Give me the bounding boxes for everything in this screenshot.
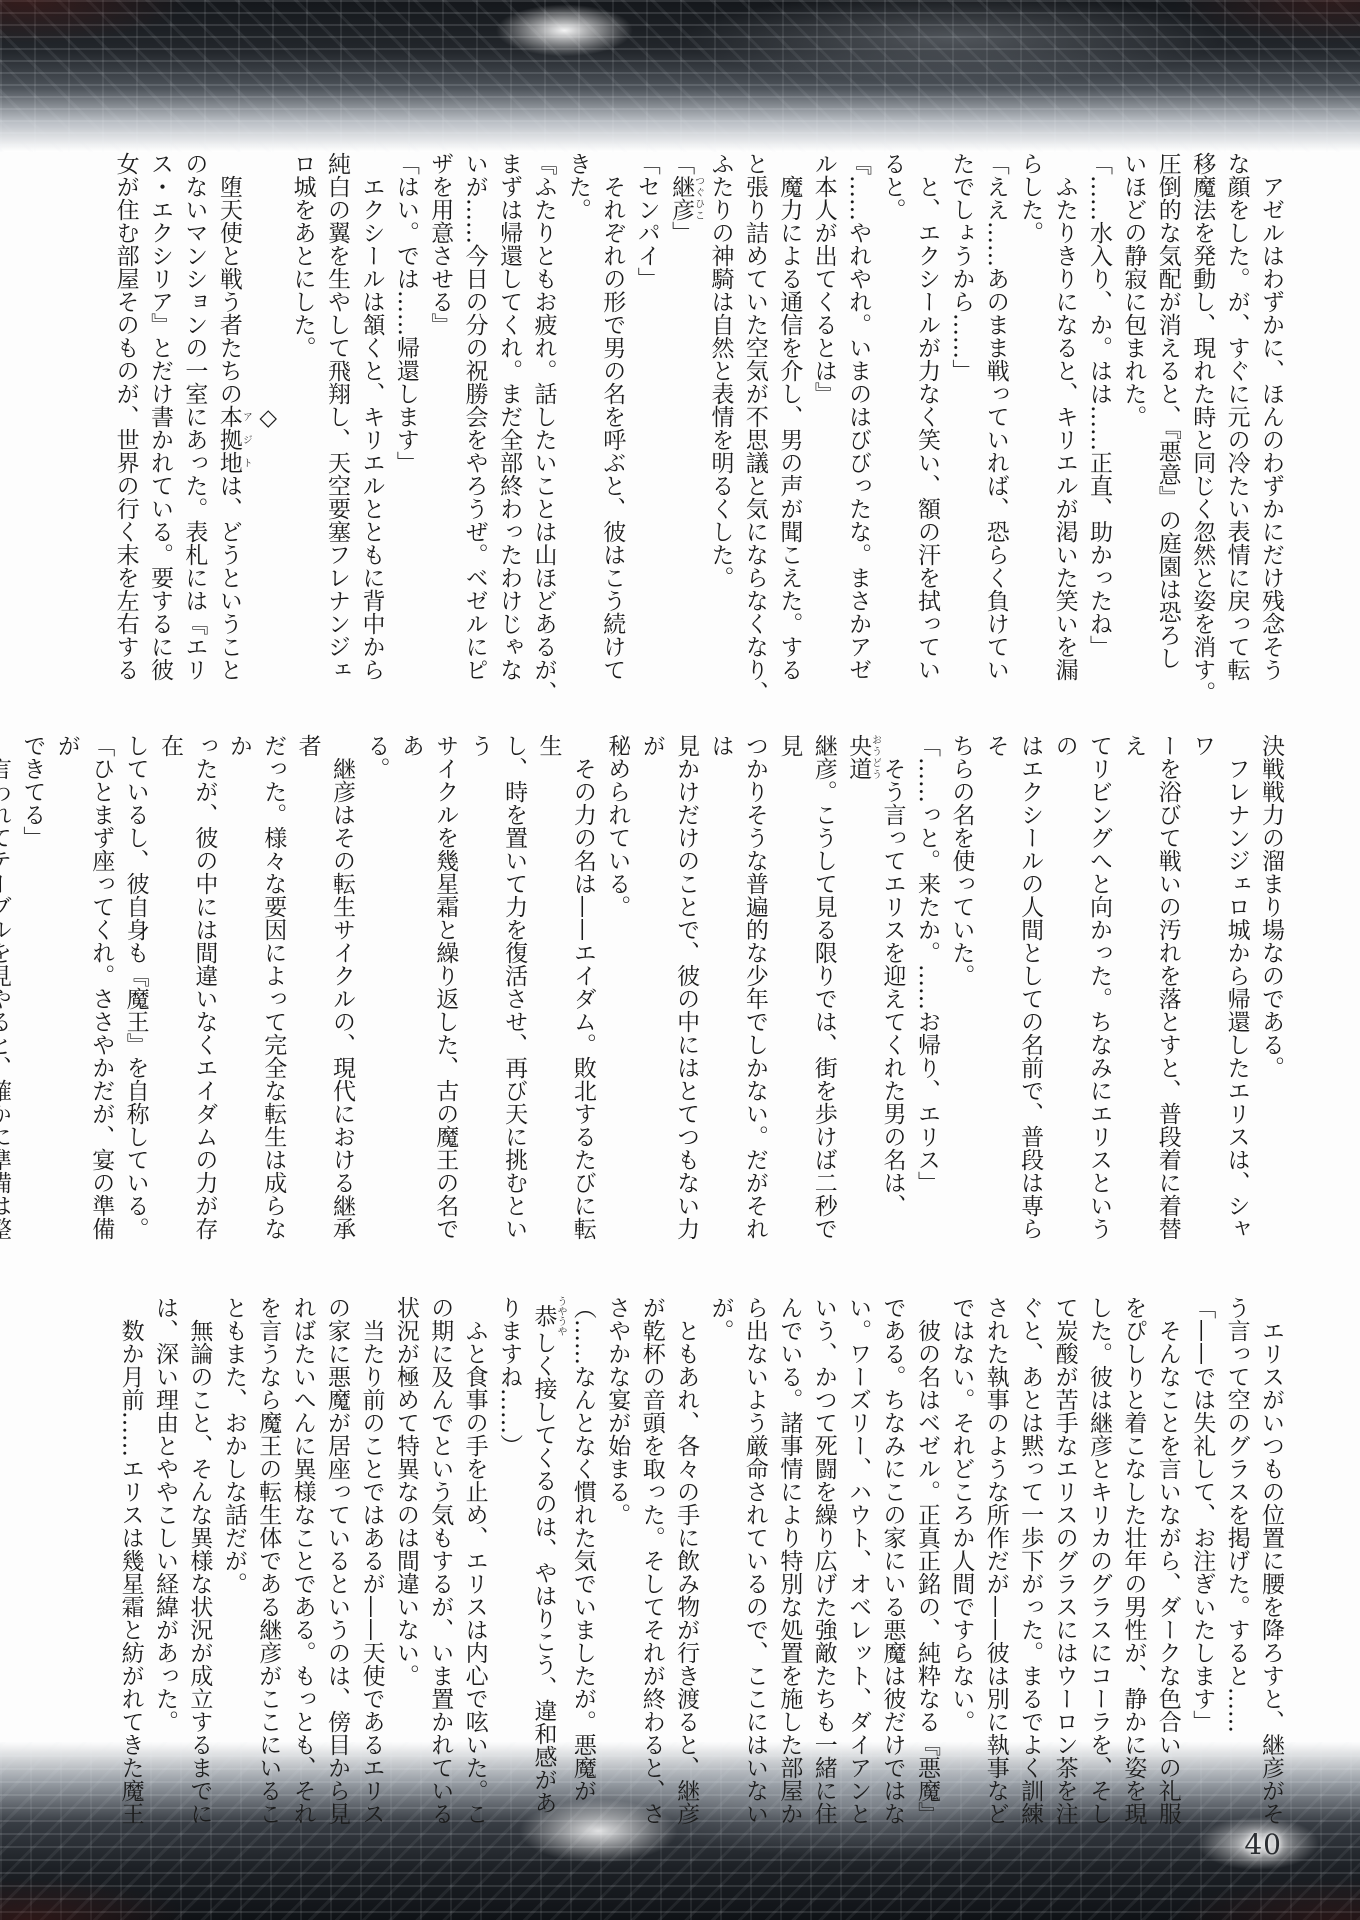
text-column: 「……水入り、か。はは……正直、助かったね」: [1082, 152, 1116, 708]
text-column: 「継彦つぐひこ」: [664, 152, 703, 708]
text-column: 「——では失礼して、お注ぎいたします」: [1185, 1296, 1219, 1826]
text-column: ったが、彼の中には間違いなくエイダムの力が存在: [153, 734, 222, 1258]
text-column: まずは帰還してくれ。まだ全部終わったわけじゃな: [492, 152, 526, 708]
text-column: 「……っと。来たか。……お帰り、エリス」: [910, 734, 944, 1258]
text-column: 「はい。では……帰還します」: [388, 152, 422, 708]
text-column: のないマンションの一室にあった。表札には『エリ: [177, 152, 211, 708]
text-column: 「ええ……あのまま戦っていれば、恐らく負けてい: [978, 152, 1012, 708]
text-column: さやかな宴が始まる。: [600, 1296, 634, 1826]
text-column: いが……今日の分の祝勝会をやろうぜ。ベゼルにピ: [457, 152, 491, 708]
text-column: 当たり前のことではあるが——天使であるエリス: [354, 1296, 388, 1826]
text-column: きた。: [560, 152, 594, 708]
text-column: ら出ないよう厳命されているので、ここにはいない: [738, 1296, 772, 1826]
text-column: 『……やれやれ。いまのはびびったな。まさかアゼ: [841, 152, 875, 708]
text-column: てリビングへと向かった。ちなみにエリスというの: [1047, 734, 1116, 1258]
text-column: だった。様々な要因によって完全な転生は成らなか: [221, 734, 290, 1258]
text-column: しているし、彼自身も『魔王』を自称している。: [118, 734, 152, 1258]
text-column: そう言ってエリスを迎えてくれた男の名は、央道おうどう: [841, 734, 910, 1258]
text-band-1: アゼルはわずかに、ほんのわずかにだけ残念そうな顔をした。が、すぐに元の冷たい表情…: [114, 152, 1288, 708]
text-column: 彼の名はベゼル。正真正銘の、純粋なる『悪魔』: [910, 1296, 944, 1826]
text-column: エリスがいつもの位置に腰を降ろすと、継彦がそ: [1254, 1296, 1288, 1826]
text-column: ともまた、おかしな話だが。: [216, 1296, 250, 1826]
text-column: う言って空のグラスを掲げた。すると……: [1219, 1296, 1253, 1826]
text-column: の期に及んでという気もするが、いま置かれている: [423, 1296, 457, 1826]
text-column: が。: [703, 1296, 737, 1826]
text-column: 堕天使と戦う者たちの本拠地アジトは、どうということ: [211, 152, 250, 708]
text-column: と、エクシールが力なく笑い、額の汗を拭ってい: [910, 152, 944, 708]
text-band-3: エリスがいつもの位置に腰を降ろすと、継彦がそう言って空のグラスを掲げた。すると……: [114, 1296, 1288, 1826]
text-column: たでしょうから……」: [944, 152, 978, 708]
text-column: フレナンジェロ城から帰還したエリスは、シャワ: [1185, 734, 1254, 1258]
text-column: を言うなら魔王の転生体である継彦がここにいるこ: [251, 1296, 285, 1826]
page-number: 40: [1244, 1828, 1282, 1861]
text-column: 秘められている。: [600, 734, 634, 1258]
text-column: した。彼は継彦とキリカのグラスにコーラを、そし: [1082, 1296, 1116, 1826]
text-column: 女が住む部屋そのものが、世界の行く末を左右する: [108, 152, 142, 708]
text-column: いほどの静寂に包まれた。: [1116, 152, 1150, 708]
text-column: な顔をした。が、すぐに元の冷たい表情に戻って転: [1219, 152, 1253, 708]
text-column: ふと食事の手を止め、エリスは内心で呟いた。こ: [457, 1296, 491, 1826]
text-column: 「ひとまず座ってくれ。ささやかだが、宴の準備が: [49, 734, 118, 1258]
text-column: し、時を置いて力を復活させ、再び天に挑むという: [462, 734, 531, 1258]
text-column: つかりそうな普遍的な少年でしかない。だがそれは: [703, 734, 772, 1258]
text-column: ちらの名を使っていた。: [944, 734, 978, 1258]
text-column: をぴしりと着こなした壮年の男性が、静かに姿を現: [1116, 1296, 1150, 1826]
text-column: ると。: [875, 152, 909, 708]
text-column: サイクルを幾星霜と繰り返した、古の魔王の名であ: [393, 734, 462, 1258]
text-column: ふたりの神騎は自然と表情を明るくした。: [703, 152, 737, 708]
text-column: 圧倒的な気配が消えると、『悪意』の庭園は恐ろし: [1150, 152, 1184, 708]
text-column: は、深い理由とややこしい経緯があった。: [148, 1296, 182, 1826]
text-column: て炭酸が苦手なエリスのグラスにはウーロン茶を注: [1047, 1296, 1081, 1826]
text-column: 無論のこと、そんな異様な状況が成立するまでに: [182, 1296, 216, 1826]
text-column: いう、かつて死闘を繰り広げた強敵たちも一緒に住: [806, 1296, 840, 1826]
text-column: りますね……）: [492, 1296, 526, 1826]
text-column: ればたいへんに異様なことである。もっとも、それ: [285, 1296, 319, 1826]
text-column: る。: [359, 734, 393, 1258]
text-column: 決戦戦力の溜まり場なのである。: [1254, 734, 1288, 1258]
text-column: その力の名は——エイダム。敗北するたびに転生: [531, 734, 600, 1258]
text-column: ともあれ、各々の手に飲み物が行き渡ると、継彦: [669, 1296, 703, 1826]
text-column: らした。: [1013, 152, 1047, 708]
text-column: 状況が極めて特異なのは間違いない。: [388, 1296, 422, 1826]
text-column: ーを浴びて戦いの汚れを落とすと、普段着に着替え: [1116, 734, 1185, 1258]
text-column: エクシールは頷くと、キリエルとともに背中から: [354, 152, 388, 708]
text-column: された執事のような所作だが——彼は別に執事など: [978, 1296, 1012, 1826]
text-column: それぞれの形で男の名を呼ぶと、彼はこう続けて: [595, 152, 629, 708]
text-column: ザを用意させる』: [423, 152, 457, 708]
text-column: 恭うやうやしく接してくるのは、やはりこう、違和感があ: [526, 1296, 565, 1826]
top-border-circuit-graphic: [0, 0, 1360, 152]
text-column: ル本人が出てくるとは』: [806, 152, 840, 708]
text-column: 純白の翼を生やして飛翔し、天空要塞フレナンジェ: [320, 152, 354, 708]
text-column: ではない。それどころか人間ですらない。: [944, 1296, 978, 1826]
text-column: （……なんとなく慣れた気でいましたが。悪魔が: [565, 1296, 599, 1826]
text-column: ロ城をあとにした。: [285, 152, 319, 708]
text-band-2: 決戦戦力の溜まり場なのである。 フレナンジェロ城から帰還したエリスは、シャワーを…: [114, 734, 1288, 1258]
text-column: である。ちなみにこの家にいる悪魔は彼だけではな: [875, 1296, 909, 1826]
text-column: ス・エクシリア』とだけ書かれている。要するに彼: [143, 152, 177, 708]
text-column: アゼルはわずかに、ほんのわずかにだけ残念そう: [1254, 152, 1288, 708]
text-column: 「センパイ」: [629, 152, 663, 708]
text-column: 見かけだけのことで、彼の中にはとてつもない力が: [634, 734, 703, 1258]
novel-page: アゼルはわずかに、ほんのわずかにだけ残念そうな顔をした。が、すぐに元の冷たい表情…: [0, 0, 1360, 1920]
text-column: んでいる。諸事情により特別な処置を施した部屋か: [772, 1296, 806, 1826]
text-column: できてる」: [15, 734, 49, 1258]
text-column: ふたりきりになると、キリエルが渇いた笑いを漏: [1047, 152, 1081, 708]
text-column: い。ワーズリー、ハウト、オベレット、ダイアンと: [841, 1296, 875, 1826]
text-column: 魔力による通信を介し、男の声が聞こえた。する: [772, 152, 806, 708]
text-column: 継彦。こうして見る限りでは、街を歩けば二秒で見: [772, 734, 841, 1258]
text-column: はエクシールの人間としての名前で、普段は専らそ: [978, 734, 1047, 1258]
text-column: そんなことを言いながら、ダークな色合いの礼服: [1150, 1296, 1184, 1826]
text-column: の家に悪魔が居座っているというのは、傍目から見: [320, 1296, 354, 1826]
text-column: 移魔法を発動し、現れた時と同じく忽然と姿を消す。: [1185, 152, 1219, 708]
text-column: 数か月前……エリスは幾星霜と紡がれてきた魔王: [113, 1296, 147, 1826]
text-column: が乾杯の音頭を取った。そしてそれが終わると、さ: [634, 1296, 668, 1826]
text-column: 『ふたりともお疲れ。話したいことは山ほどあるが、: [526, 152, 560, 708]
text-column: ◇: [251, 152, 285, 708]
text-column: と張り詰めていた空気が不思議と気にならなくなり、: [738, 152, 772, 708]
text-column: 言われてテーブルを見やると、確かに準備は整っ: [0, 734, 15, 1258]
text-column: ぐと、あとは黙って一歩下がった。まるでよく訓練: [1013, 1296, 1047, 1826]
text-column: 継彦はその転生サイクルの、現代における継承者: [290, 734, 359, 1258]
